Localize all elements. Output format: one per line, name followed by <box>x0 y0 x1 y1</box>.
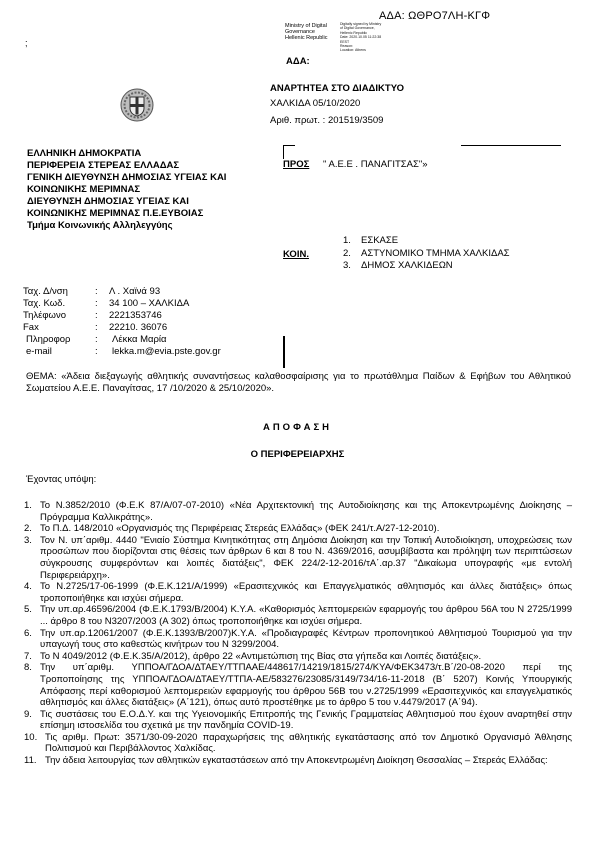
place-date: ΧΑΛΚΙΔΑ 05/10/2020 <box>270 98 360 109</box>
cc-item-number: 1. <box>343 235 361 248</box>
item-number: 1. <box>24 500 40 523</box>
contact-value: 2221353746 <box>109 310 162 322</box>
contact-row-postcode: Ταχ. Κωδ. : 34 100 – ΧΑΛΚΙΔΑ <box>23 298 221 310</box>
contact-separator: : <box>95 286 109 298</box>
item-text: Την άδεια λειτουργίας των αθλητικών εγκα… <box>45 755 572 767</box>
contact-key: Fax <box>23 322 95 334</box>
contact-key: e-mail <box>23 346 95 358</box>
ada-label: ΑΔΑ: <box>286 56 310 67</box>
contact-row-info: Πληροφορ : Λέκκα Μαρία <box>23 334 221 346</box>
item-text: Το Π.Δ. 148/2010 «Οργανισμός της Περιφέρ… <box>40 523 572 535</box>
org-line: ΔΙΕΥΘΥΝΣΗ ΔΗΜΟΣΙΑΣ ΥΓΕΙΑΣ ΚΑΙ <box>27 196 226 208</box>
consideration-item: 1.Το Ν.3852/2010 (Φ.Ε.Κ 87/Α/07-07-2010)… <box>24 500 572 523</box>
consideration-item: 4.Το Ν.2725/17-06-1999 (Φ.Ε.Κ.121/Α/1999… <box>24 581 572 604</box>
signature-line: Location: Athens <box>340 48 405 52</box>
recipient-box-corner-horizontal <box>283 145 295 146</box>
item-text: Το Ν.2725/17-06-1999 (Φ.Ε.Κ.121/Α/1999) … <box>40 581 572 604</box>
cc-item-number: 2. <box>343 248 361 261</box>
consideration-item: 2.Το Π.Δ. 148/2010 «Οργανισμός της Περιφ… <box>24 523 572 535</box>
contact-separator: : <box>95 322 109 334</box>
recipient-label: ΠΡΟΣ <box>283 159 309 170</box>
cc-item: 1.ΕΣΚΑΣΕ <box>343 235 510 248</box>
item-number: 5. <box>24 604 40 627</box>
item-number: 10. <box>24 732 45 755</box>
contact-key: Ταχ. Κωδ. <box>23 298 95 310</box>
cc-item-text: ΑΣΤΥΝΟΜΙΚΟ ΤΜΗΜΑ ΧΑΛΚΙΔΑΣ <box>361 248 510 259</box>
cc-item-text: ΔΗΜΟΣ ΧΑΛΚΙΔΕΩΝ <box>361 260 453 271</box>
decision-title: ΑΠΟΦΑΣΗ <box>0 422 595 433</box>
item-number: 3. <box>24 535 40 581</box>
publish-notice: ΑΝΑΡΤΗΤΕΑ ΣΤΟ ΔΙΑΔΙΚΤΥΟ <box>270 83 404 94</box>
consideration-item: 11.Την άδεια λειτουργίας των αθλητικών ε… <box>24 755 572 767</box>
org-department: Τμήμα Κοινωνικής Αλληλεγγύης <box>27 220 226 232</box>
ada-code-top: ΑΔΑ: ΩΘΡΟ7ΛΗ-ΚΓΦ <box>379 10 490 22</box>
item-number: 4. <box>24 581 40 604</box>
consideration-item: 8.Την υπ΄αριθμ. ΥΠΠΟΑ/ΓΔΟΑ/ΔΤΑΕΥ/ΤΤΠΑΑΕ/… <box>24 662 572 708</box>
cc-item-text: ΕΣΚΑΣΕ <box>361 235 398 246</box>
consideration-item: 9.Τις συστάσεις του Ε.Ο.Δ.Υ. και της Υγε… <box>24 709 572 732</box>
cc-item: 3.ΔΗΜΟΣ ΧΑΛΚΙΔΕΩΝ <box>343 260 510 273</box>
item-number: 7. <box>24 651 40 663</box>
vertical-rule <box>283 336 285 368</box>
recipient-value: " Α.Ε.Ε . ΠΑΝΑΓΙΤΣΑΣ"» <box>323 159 428 170</box>
org-line: ΚΟΙΝΩΝΙΚΗΣ ΜΕΡΙΜΝΑΣ Π.Ε.ΕΥΒΟΙΑΣ <box>27 208 226 220</box>
consideration-item: 7.Το Ν 4049/2012 (Φ.Ε.Κ.35/Α/2012), άρθρ… <box>24 651 572 663</box>
item-text: Την υπ.αρ.46596/2004 (Φ.Ε.Κ.1793/Β/2004)… <box>40 604 572 627</box>
hellenic-emblem-icon <box>120 88 154 122</box>
issuing-organization: ΕΛΛΗΝΙΚΗ ΔΗΜΟΚΡΑΤΙΑ ΠΕΡΙΦΕΡΕΙΑ ΣΤΕΡΕΑΣ Ε… <box>27 148 226 232</box>
protocol-number: Αριθ. πρωτ. : 201519/3509 <box>270 115 383 126</box>
org-line: ΚΟΙΝΩΝΙΚΗΣ ΜΕΡΙΜΝΑΣ <box>27 184 226 196</box>
decision-authority: Ο ΠΕΡΙΦΕΡΕΙΑΡΧΗΣ <box>0 449 595 460</box>
contact-value: 34 100 – ΧΑΛΚΙΔΑ <box>109 298 189 310</box>
cc-list: 1.ΕΣΚΑΣΕ 2.ΑΣΤΥΝΟΜΙΚΟ ΤΜΗΜΑ ΧΑΛΚΙΔΑΣ 3.Δ… <box>343 235 510 273</box>
item-number: 2. <box>24 523 40 535</box>
item-number: 6. <box>24 628 40 651</box>
contact-key: Ταχ. Δ/νση <box>23 286 95 298</box>
item-number: 11. <box>24 755 45 767</box>
subject-paragraph: ΘΕΜΑ: «Άδεια διεξαγωγής αθλητικής συναντ… <box>26 371 571 395</box>
recipient-box-corner-vertical <box>283 145 284 159</box>
item-text: Τις συστάσεις του Ε.Ο.Δ.Υ. και της Υγειο… <box>40 709 572 732</box>
contact-separator: : <box>95 310 109 322</box>
contact-separator: : <box>95 334 109 346</box>
contact-separator: : <box>95 346 109 358</box>
cc-label: ΚΟΙΝ. <box>283 249 309 260</box>
contact-row-email: e-mail : lekka.m@evia.pste.gov.gr <box>23 346 221 358</box>
ministry-line: Hellenic Republic <box>285 35 328 41</box>
recipient-box-top-line <box>461 145 561 146</box>
contact-email-link[interactable]: lekka.m@evia.pste.gov.gr <box>109 346 221 358</box>
digital-signature-details: Digitally signed by Ministry of Digital … <box>340 22 405 53</box>
consideration-item: 5.Την υπ.αρ.46596/2004 (Φ.Ε.Κ.1793/Β/200… <box>24 604 572 627</box>
item-text: Την υπ΄αριθμ. ΥΠΠΟΑ/ΓΔΟΑ/ΔΤΑΕΥ/ΤΤΠΑΑΕ/44… <box>40 662 572 708</box>
org-line: ΕΛΛΗΝΙΚΗ ΔΗΜΟΚΡΑΤΙΑ <box>27 148 226 160</box>
contact-separator: : <box>95 298 109 310</box>
contact-value: Λ . Χαϊνά 93 <box>109 286 160 298</box>
contact-info: Ταχ. Δ/νση : Λ . Χαϊνά 93 Ταχ. Κωδ. : 34… <box>23 286 221 358</box>
considerations-list: 1.Το Ν.3852/2010 (Φ.Ε.Κ 87/Α/07-07-2010)… <box>24 500 572 767</box>
cc-item: 2.ΑΣΤΥΝΟΜΙΚΟ ΤΜΗΜΑ ΧΑΛΚΙΔΑΣ <box>343 248 510 261</box>
contact-key: Πληροφορ <box>23 334 95 346</box>
stray-mark: ; <box>25 38 28 48</box>
item-text: Το Ν.3852/2010 (Φ.Ε.Κ 87/Α/07-07-2010) «… <box>40 500 572 523</box>
contact-row-phone: Τηλέφωνο : 2221353746 <box>23 310 221 322</box>
consideration-item: 10.Τις αριθμ. Πρωτ: 3571/30-09-2020 παρα… <box>24 732 572 755</box>
item-number: 8. <box>24 662 40 708</box>
digital-signature-issuer: Ministry of Digital Governance Hellenic … <box>285 23 328 41</box>
cc-item-number: 3. <box>343 260 361 273</box>
item-number: 9. <box>24 709 40 732</box>
contact-row-address: Ταχ. Δ/νση : Λ . Χαϊνά 93 <box>23 286 221 298</box>
considering-intro: Έχοντας υπόψη: <box>26 474 96 485</box>
item-text: Το Ν 4049/2012 (Φ.Ε.Κ.35/Α/2012), άρθρο … <box>40 651 572 663</box>
contact-key: Τηλέφωνο <box>23 310 95 322</box>
item-text: Τον Ν. υπ΄αριθμ. 4440 "Ενιαίο Σύστημα Κι… <box>40 535 572 581</box>
org-line: ΠΕΡΙΦΕΡΕΙΑ ΣΤΕΡΕΑΣ ΕΛΛΑΔΑΣ <box>27 160 226 172</box>
org-line: ΓΕΝΙΚΗ ΔΙΕΥΘΥΝΣΗ ΔΗΜΟΣΙΑΣ ΥΓΕΙΑΣ ΚΑΙ <box>27 172 226 184</box>
item-text: Τις αριθμ. Πρωτ: 3571/30-09-2020 παραχωρ… <box>45 732 572 755</box>
consideration-item: 3.Τον Ν. υπ΄αριθμ. 4440 "Ενιαίο Σύστημα … <box>24 535 572 581</box>
contact-value: Λέκκα Μαρία <box>109 334 167 346</box>
consideration-item: 6.Την υπ.αρ.12061/2007 (Φ.Ε.Κ.1393/Β/200… <box>24 628 572 651</box>
item-text: Την υπ.αρ.12061/2007 (Φ.Ε.Κ.1393/Β/2007)… <box>40 628 572 651</box>
contact-value: 22210. 36076 <box>109 322 167 334</box>
contact-row-fax: Fax : 22210. 36076 <box>23 322 221 334</box>
